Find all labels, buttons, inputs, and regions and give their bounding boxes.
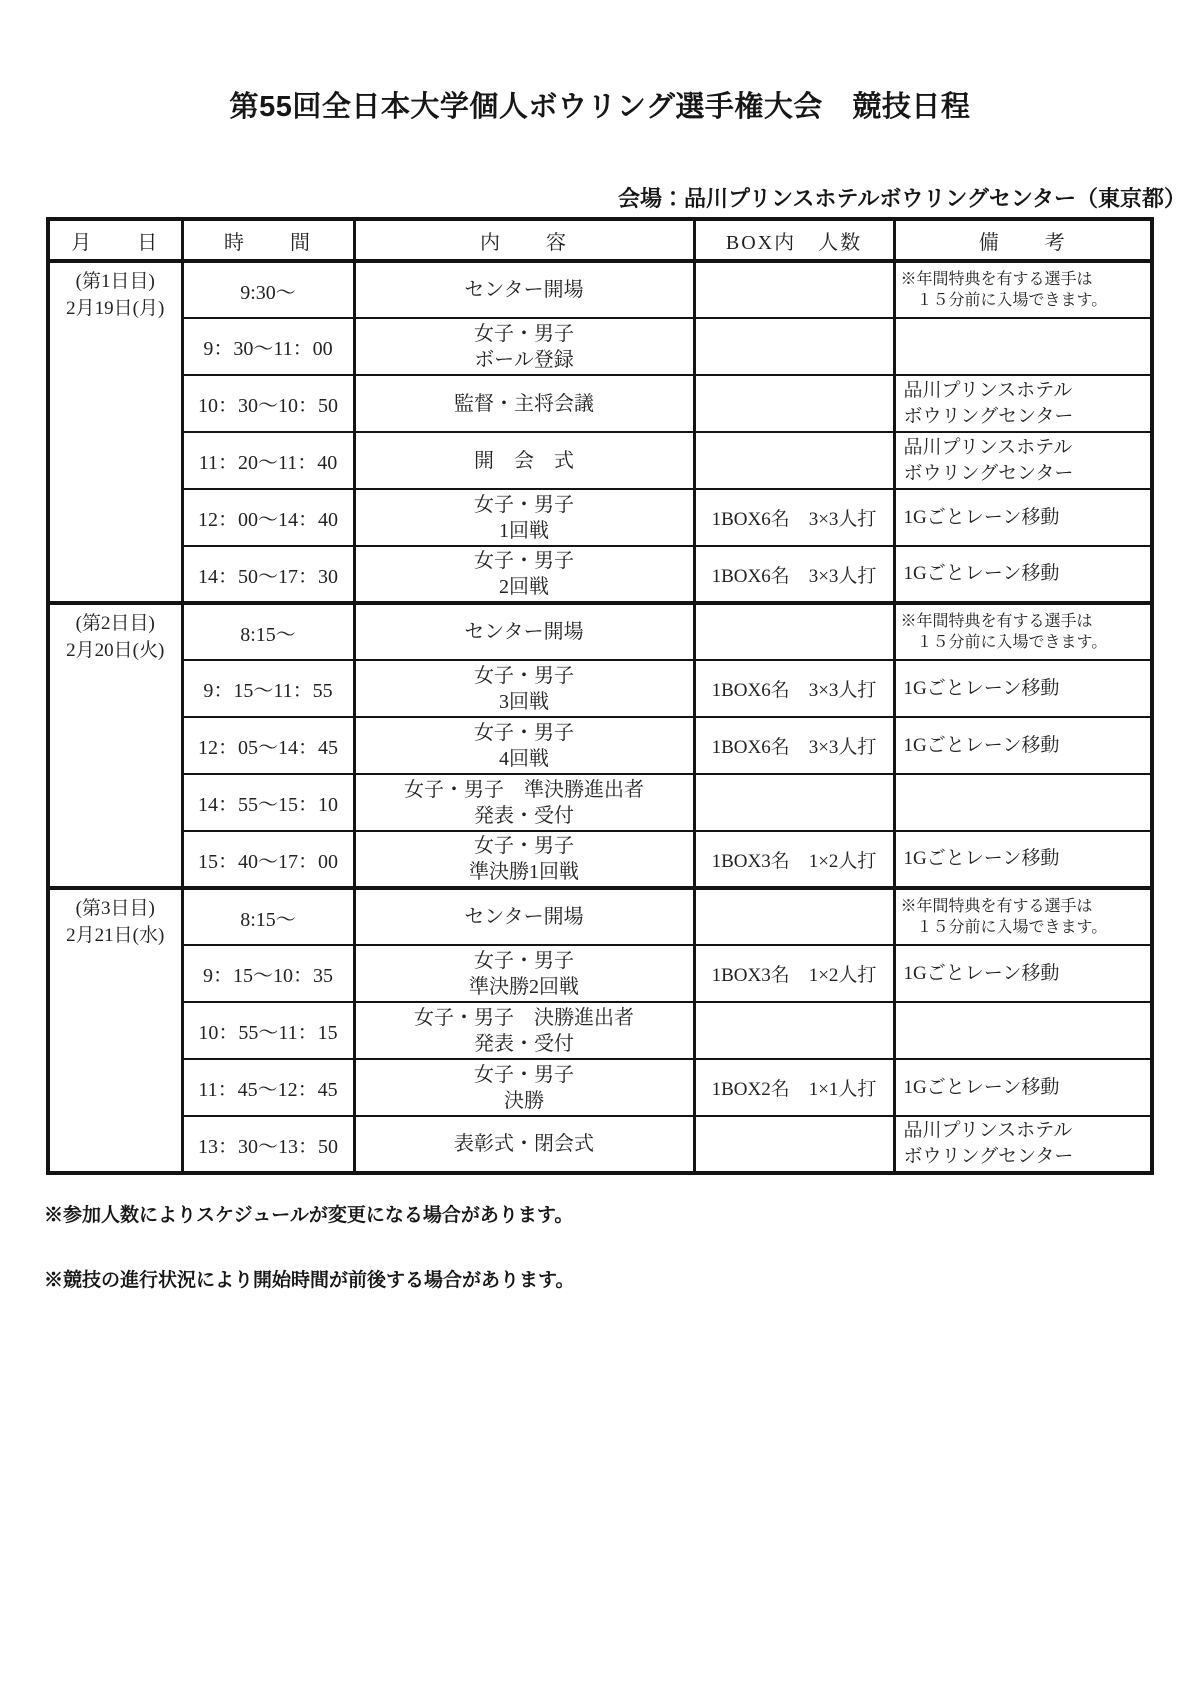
box-cell: [694, 774, 894, 831]
col-header-remarks: 備 考: [894, 219, 1152, 261]
page-title: 第55回全日本大学個人ボウリング選手権大会 競技日程: [0, 84, 1200, 125]
remark-cell: 1Gごとレーン移動: [894, 660, 1152, 717]
day-label-line1: (第1日目): [50, 268, 181, 295]
box-cell: [694, 1002, 894, 1059]
venue-label: 会場：品川プリンスホテルボウリングセンター（東京都）: [46, 182, 1186, 213]
day-label-line2: 2月20日(火): [50, 637, 181, 664]
content-cell: 女子・男子 2回戦: [354, 546, 694, 603]
date-cell: (第2日目) 2月20日(火): [48, 603, 182, 888]
content-cell: 女子・男子 準決勝2回戦: [354, 945, 694, 1002]
box-cell: [694, 375, 894, 432]
time-cell: 8:15～: [182, 888, 354, 945]
table-row: 14：55～15：10 女子・男子 準決勝進出者 発表・受付: [48, 774, 1152, 831]
col-header-time: 時 間: [182, 219, 354, 261]
remark-cell: 1Gごとレーン移動: [894, 717, 1152, 774]
day-group-2: (第2日目) 2月20日(火) 8:15～ センター開場 ※年間特典を有する選手…: [48, 603, 1152, 888]
content-cell: 女子・男子 4回戦: [354, 717, 694, 774]
time-cell: 10：30～10：50: [182, 375, 354, 432]
time-cell: 14：55～15：10: [182, 774, 354, 831]
box-cell: 1BOX3名 1×2人打: [694, 831, 894, 888]
col-header-content: 内 容: [354, 219, 694, 261]
box-cell: [694, 432, 894, 489]
box-cell: [694, 261, 894, 318]
day-label-line2: 2月19日(月): [50, 295, 181, 322]
time-cell: 14：50～17：30: [182, 546, 354, 603]
table-header: 月 日 時 間 内 容 BOX内 人数 備 考: [48, 219, 1152, 261]
table-row: 11：20～11：40 開 会 式 品川プリンスホテル ボウリングセンター: [48, 432, 1152, 489]
table-row: 10：30～10：50 監督・主将会議 品川プリンスホテル ボウリングセンター: [48, 375, 1152, 432]
table-row: 9：15～11：55 女子・男子 3回戦 1BOX6名 3×3人打 1Gごとレー…: [48, 660, 1152, 717]
content-cell: 女子・男子 準決勝進出者 発表・受付: [354, 774, 694, 831]
remark-cell: [894, 774, 1152, 831]
time-cell: 13：30～13：50: [182, 1116, 354, 1173]
time-cell: 15：40～17：00: [182, 831, 354, 888]
content-cell: センター開場: [354, 888, 694, 945]
table-row: (第3日目) 2月21日(水) 8:15～ センター開場 ※年間特典を有する選手…: [48, 888, 1152, 945]
remark-cell: [894, 318, 1152, 375]
header-row: 月 日 時 間 内 容 BOX内 人数 備 考: [48, 219, 1152, 261]
remark-cell: ※年間特典を有する選手は １５分前に入場できます。: [894, 603, 1152, 660]
schedule-table: 月 日 時 間 内 容 BOX内 人数 備 考 (第1日目) 2月19日(月) …: [46, 217, 1154, 1175]
remark-cell: 1Gごとレーン移動: [894, 546, 1152, 603]
content-cell: 開 会 式: [354, 432, 694, 489]
content-cell: 女子・男子 3回戦: [354, 660, 694, 717]
content-cell: 表彰式・閉会式: [354, 1116, 694, 1173]
time-cell: 11：45～12：45: [182, 1059, 354, 1116]
content-cell: 女子・男子 1回戦: [354, 489, 694, 546]
remark-cell: 1Gごとレーン移動: [894, 831, 1152, 888]
content-cell: 女子・男子 準決勝1回戦: [354, 831, 694, 888]
content-cell: 女子・男子 決勝: [354, 1059, 694, 1116]
time-cell: 12：00～14：40: [182, 489, 354, 546]
box-cell: [694, 888, 894, 945]
box-cell: 1BOX6名 3×3人打: [694, 489, 894, 546]
table-row: 12：05～14：45 女子・男子 4回戦 1BOX6名 3×3人打 1Gごとレ…: [48, 717, 1152, 774]
date-cell: (第3日目) 2月21日(水): [48, 888, 182, 1173]
time-cell: 8:15～: [182, 603, 354, 660]
remark-cell: ※年間特典を有する選手は １５分前に入場できます。: [894, 261, 1152, 318]
table-row: 12：00～14：40 女子・男子 1回戦 1BOX6名 3×3人打 1Gごとレ…: [48, 489, 1152, 546]
footnote-schedule-change: ※参加人数によりスケジュールが変更になる場合があります。: [44, 1200, 573, 1227]
remark-cell: 1Gごとレーン移動: [894, 489, 1152, 546]
day-label-line2: 2月21日(水): [50, 922, 181, 949]
box-cell: 1BOX6名 3×3人打: [694, 717, 894, 774]
time-cell: 9：30～11：00: [182, 318, 354, 375]
box-cell: [694, 1116, 894, 1173]
time-cell: 12：05～14：45: [182, 717, 354, 774]
table-row: 11：45～12：45 女子・男子 決勝 1BOX2名 1×1人打 1Gごとレー…: [48, 1059, 1152, 1116]
box-cell: 1BOX6名 3×3人打: [694, 546, 894, 603]
box-cell: 1BOX2名 1×1人打: [694, 1059, 894, 1116]
time-cell: 9：15～11：55: [182, 660, 354, 717]
footnote-start-time: ※競技の進行状況により開始時間が前後する場合があります。: [44, 1265, 574, 1292]
col-header-date: 月 日: [48, 219, 182, 261]
table-row: 13：30～13：50 表彰式・閉会式 品川プリンスホテル ボウリングセンター: [48, 1116, 1152, 1173]
remark-cell: ※年間特典を有する選手は １５分前に入場できます。: [894, 888, 1152, 945]
remark-cell: [894, 1002, 1152, 1059]
table-row: 10：55～11：15 女子・男子 決勝進出者 発表・受付: [48, 1002, 1152, 1059]
remark-cell: 品川プリンスホテル ボウリングセンター: [894, 432, 1152, 489]
col-header-box: BOX内 人数: [694, 219, 894, 261]
table-row: 9：30～11：00 女子・男子 ボール登録: [48, 318, 1152, 375]
time-cell: 9：15～10：35: [182, 945, 354, 1002]
time-cell: 10：55～11：15: [182, 1002, 354, 1059]
box-cell: 1BOX3名 1×2人打: [694, 945, 894, 1002]
table-row: 14：50～17：30 女子・男子 2回戦 1BOX6名 3×3人打 1Gごとレ…: [48, 546, 1152, 603]
table-row: 9：15～10：35 女子・男子 準決勝2回戦 1BOX3名 1×2人打 1Gご…: [48, 945, 1152, 1002]
date-cell: (第1日目) 2月19日(月): [48, 261, 182, 603]
box-cell: [694, 603, 894, 660]
content-cell: センター開場: [354, 603, 694, 660]
box-cell: 1BOX6名 3×3人打: [694, 660, 894, 717]
day-label-line1: (第3日目): [50, 895, 181, 922]
remark-cell: 1Gごとレーン移動: [894, 1059, 1152, 1116]
day-group-3: (第3日目) 2月21日(水) 8:15～ センター開場 ※年間特典を有する選手…: [48, 888, 1152, 1173]
content-cell: センター開場: [354, 261, 694, 318]
day-group-1: (第1日目) 2月19日(月) 9:30～ センター開場 ※年間特典を有する選手…: [48, 261, 1152, 603]
content-cell: 監督・主将会議: [354, 375, 694, 432]
time-cell: 9:30～: [182, 261, 354, 318]
table-row: (第1日目) 2月19日(月) 9:30～ センター開場 ※年間特典を有する選手…: [48, 261, 1152, 318]
content-cell: 女子・男子 決勝進出者 発表・受付: [354, 1002, 694, 1059]
day-label-line1: (第2日目): [50, 610, 181, 637]
remark-cell: 品川プリンスホテル ボウリングセンター: [894, 1116, 1152, 1173]
time-cell: 11：20～11：40: [182, 432, 354, 489]
table-row: (第2日目) 2月20日(火) 8:15～ センター開場 ※年間特典を有する選手…: [48, 603, 1152, 660]
remark-cell: 1Gごとレーン移動: [894, 945, 1152, 1002]
remark-cell: 品川プリンスホテル ボウリングセンター: [894, 375, 1152, 432]
table-row: 15：40～17：00 女子・男子 準決勝1回戦 1BOX3名 1×2人打 1G…: [48, 831, 1152, 888]
box-cell: [694, 318, 894, 375]
content-cell: 女子・男子 ボール登録: [354, 318, 694, 375]
